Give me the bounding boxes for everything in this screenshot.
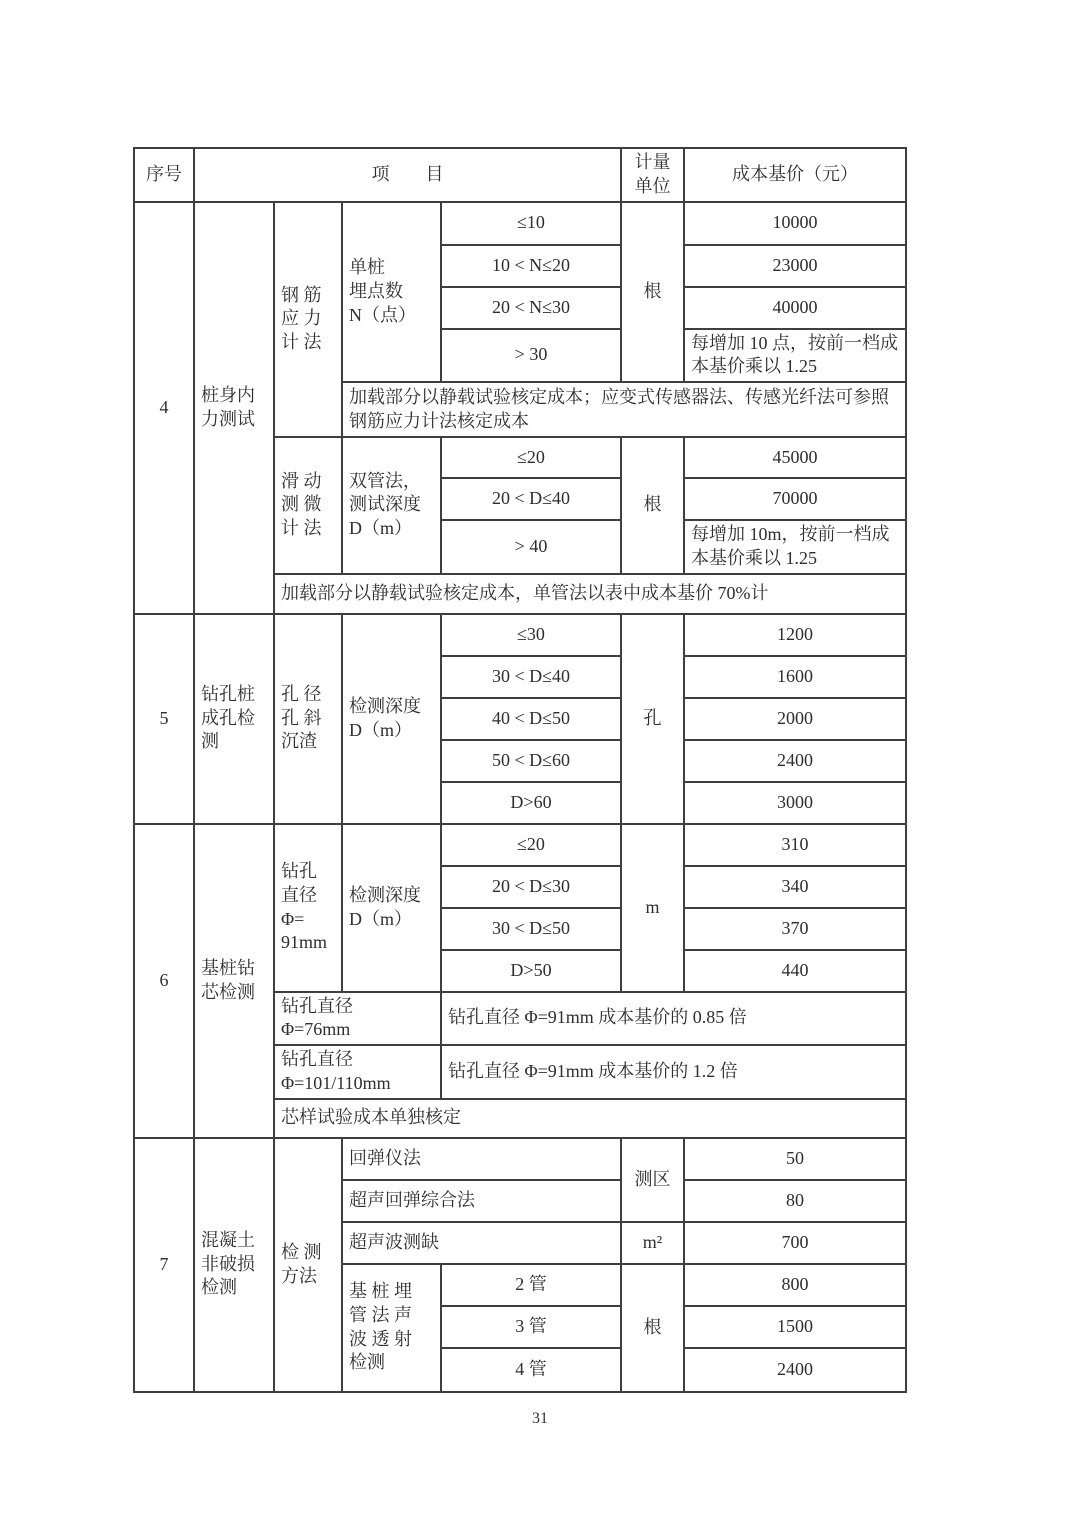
header-unit: 计量 单位 — [621, 148, 684, 202]
range-cell: D>60 — [441, 782, 621, 824]
method-cell: 钢 筋 应 力 计 法 — [274, 202, 342, 438]
unit-cell: 孔 — [621, 614, 684, 824]
price-cell: 310 — [684, 824, 906, 866]
range-cell: ≤20 — [441, 437, 621, 478]
price-cell: 45000 — [684, 437, 906, 478]
range-cell: > 40 — [441, 520, 621, 574]
seq-cell-4: 4 — [134, 202, 194, 614]
range-cell: 40 < D≤50 — [441, 698, 621, 740]
unit-cell: 测区 — [621, 1138, 684, 1222]
price-cell: 1500 — [684, 1306, 906, 1348]
header-seq: 序号 — [134, 148, 194, 202]
price-cell: 50 — [684, 1138, 906, 1180]
range-cell: ≤30 — [441, 614, 621, 656]
method-cell: 滑 动 测 微 计 法 — [274, 437, 342, 574]
header-item: 项 目 — [194, 148, 621, 202]
price-cell: 440 — [684, 950, 906, 992]
range-cell: 2 管 — [441, 1264, 621, 1306]
range-cell: 10 < N≤20 — [441, 245, 621, 287]
price-cell: 370 — [684, 908, 906, 950]
range-cell: 3 管 — [441, 1306, 621, 1348]
category-cell: 桩身内 力测试 — [194, 202, 274, 614]
unit-cell: 根 — [621, 1264, 684, 1392]
price-cell: 800 — [684, 1264, 906, 1306]
range-cell: 50 < D≤60 — [441, 740, 621, 782]
range-cell: 20 < D≤30 — [441, 866, 621, 908]
submethod-cell: 单桩 埋点数 N（点） — [342, 202, 441, 383]
seq-cell-7: 7 — [134, 1138, 194, 1392]
submethod-cell: 检测深度 D（m） — [342, 824, 441, 992]
submethod-cell: 双管法， 测试深度 D（m） — [342, 437, 441, 574]
range-cell: 4 管 — [441, 1348, 621, 1392]
price-cell: 23000 — [684, 245, 906, 287]
method-cell: 孔 径 孔 斜 沉渣 — [274, 614, 342, 824]
method-cell: 检 测 方法 — [274, 1138, 342, 1392]
note-cell: 钻孔直径 Φ=91mm 成本基价的 0.85 倍 — [441, 992, 906, 1046]
range-cell: 20 < D≤40 — [441, 478, 621, 520]
price-cell: 3000 — [684, 782, 906, 824]
range-cell: 30 < D≤40 — [441, 656, 621, 698]
table-row: 6 基桩钻 芯检测 钻孔 直径 Φ= 91mm 检测深度 D（m） ≤20 m … — [134, 824, 906, 866]
range-cell: D>50 — [441, 950, 621, 992]
header-price: 成本基价（元） — [684, 148, 906, 202]
submethod-cell: 基 桩 埋 管 法 声 波 透 射 检测 — [342, 1264, 441, 1392]
price-cell: 700 — [684, 1222, 906, 1264]
price-cell: 2000 — [684, 698, 906, 740]
price-cell: 2400 — [684, 1348, 906, 1392]
page-number: 31 — [0, 1410, 1080, 1428]
price-note-cell: 每增加 10m，按前一档成本基价乘以 1.25 — [684, 520, 906, 574]
seq-cell-5: 5 — [134, 614, 194, 824]
price-cell: 1600 — [684, 656, 906, 698]
method-cell: 钻孔 直径 Φ= 91mm — [274, 824, 342, 992]
seq-cell-6: 6 — [134, 824, 194, 1138]
diameter-label-cell: 钻孔直径 Φ=101/110mm — [274, 1045, 441, 1099]
price-cell: 2400 — [684, 740, 906, 782]
method-label-cell: 超声波测缺 — [342, 1222, 621, 1264]
unit-cell: 根 — [621, 202, 684, 383]
table-header-row: 序号 项 目 计量 单位 成本基价（元） — [134, 148, 906, 202]
unit-cell: 根 — [621, 437, 684, 574]
note-cell: 芯样试验成本单独核定 — [274, 1099, 906, 1138]
category-cell: 钻孔桩 成孔检 测 — [194, 614, 274, 824]
price-cell: 80 — [684, 1180, 906, 1222]
range-cell: > 30 — [441, 329, 621, 383]
note-cell: 加载部分以静载试验核定成本，单管法以表中成本基价 70%计 — [274, 574, 906, 614]
method-label-cell: 回弹仪法 — [342, 1138, 621, 1180]
cost-base-price-table: 序号 项 目 计量 单位 成本基价（元） 4 桩身内 力测试 钢 筋 应 力 计… — [133, 147, 907, 1393]
range-cell: ≤10 — [441, 202, 621, 245]
unit-cell: m² — [621, 1222, 684, 1264]
price-cell: 70000 — [684, 478, 906, 520]
category-cell: 混凝土 非破损 检测 — [194, 1138, 274, 1392]
price-cell: 1200 — [684, 614, 906, 656]
range-cell: ≤20 — [441, 824, 621, 866]
table-row: 5 钻孔桩 成孔检 测 孔 径 孔 斜 沉渣 检测深度 D（m） ≤30 孔 1… — [134, 614, 906, 656]
document-page: 序号 项 目 计量 单位 成本基价（元） 4 桩身内 力测试 钢 筋 应 力 计… — [0, 0, 1080, 1527]
table-row: 4 桩身内 力测试 钢 筋 应 力 计 法 单桩 埋点数 N（点） ≤10 根 … — [134, 202, 906, 245]
price-cell: 40000 — [684, 287, 906, 329]
note-cell: 加载部分以静载试验核定成本；应变式传感器法、传感光纤法可参照钢筋应力计法核定成本 — [342, 382, 906, 437]
price-cell: 340 — [684, 866, 906, 908]
range-cell: 20 < N≤30 — [441, 287, 621, 329]
category-cell: 基桩钻 芯检测 — [194, 824, 274, 1138]
unit-cell: m — [621, 824, 684, 992]
diameter-label-cell: 钻孔直径 Φ=76mm — [274, 992, 441, 1046]
submethod-cell: 检测深度 D（m） — [342, 614, 441, 824]
table-row: 7 混凝土 非破损 检测 检 测 方法 回弹仪法 测区 50 — [134, 1138, 906, 1180]
price-cell: 10000 — [684, 202, 906, 245]
range-cell: 30 < D≤50 — [441, 908, 621, 950]
price-note-cell: 每增加 10 点，按前一档成本基价乘以 1.25 — [684, 329, 906, 383]
note-cell: 钻孔直径 Φ=91mm 成本基价的 1.2 倍 — [441, 1045, 906, 1099]
method-label-cell: 超声回弹综合法 — [342, 1180, 621, 1222]
